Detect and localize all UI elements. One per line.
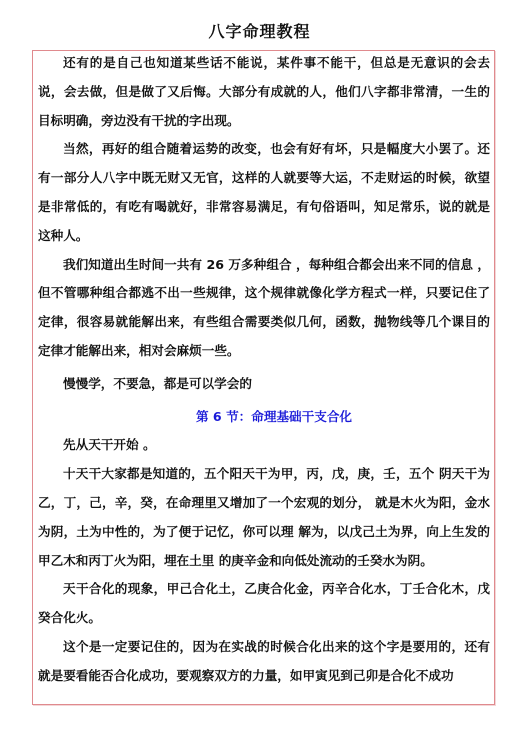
paragraph: 天干合化的现象，甲己合化土，乙庚合化金，丙辛合化水，丁壬合化木，戊癸合化火。 [38, 575, 490, 633]
paragraph: 先从天干开始 。 [38, 431, 490, 460]
paragraph: 当然，再好的组合随着运势的改变，也会有好有坏，只是幅度大小罢了。还有一部分人八字… [38, 135, 490, 250]
paragraph: 慢慢学，不要急，都是可以学会的 [38, 370, 490, 399]
paragraph: 这个是一定要记住的，因为在实战的时候合化出来的这个字是要用的，还有就是要看能否合… [38, 633, 490, 691]
document-body: 还有的是自己也知道某些话不能说，某件事不能干，但总是无意识的会去说，会去做，但是… [38, 49, 490, 691]
paragraph: 还有的是自己也知道某些话不能说，某件事不能干，但总是无意识的会去说，会去做，但是… [38, 49, 490, 135]
page-title: 八字命理教程 [0, 22, 519, 42]
paragraph: 十天干大家都是知道的，五个阳天干为甲，丙，戊，庚，壬，五个 阴天干为乙，丁，己，… [38, 460, 490, 575]
section-heading: 第 6 节：命理基础干支合化 [58, 403, 490, 432]
paragraph: 我们知道出生时间一共有 26 万多种组合 ，每种组合都会出来不同的信息 ，但不管… [38, 251, 490, 366]
